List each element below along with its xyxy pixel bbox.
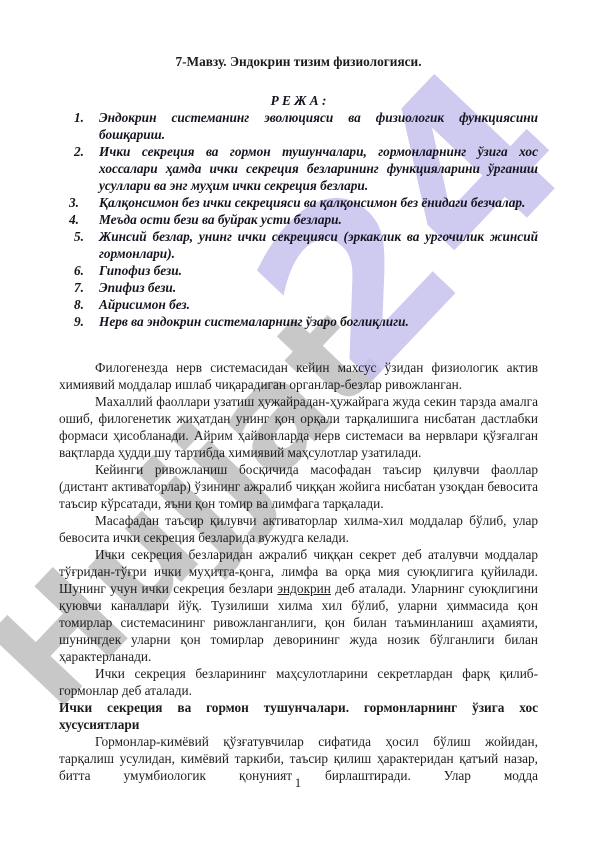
paragraph-2: Махаллий фаоллари узатиш ҳужайрадан-ҳужа… bbox=[59, 393, 538, 461]
plan-item-number: 7. bbox=[59, 279, 99, 296]
plan-item-number: 2. bbox=[59, 143, 99, 194]
plan-item-4: 4. Меъда ости бези ва буйрак усти безлар… bbox=[59, 211, 538, 228]
document-page: Hujjat 24 7-Мавзу. Эндокрин тизим физиол… bbox=[0, 0, 596, 842]
plan-item-number: 8. bbox=[59, 296, 99, 313]
plan-item-text: Меъда ости бези ва буйрак усти безлари. bbox=[99, 211, 538, 228]
plan-item-number: 3. bbox=[59, 194, 99, 211]
paragraph-6: Ички секреция безларининг маҳсулотларини… bbox=[59, 665, 538, 699]
plan-item-number: 5. bbox=[59, 228, 99, 262]
plan-item-text: Ички секреция ва гормон тушунчалари, гор… bbox=[99, 143, 538, 194]
page-content: 7-Мавзу. Эндокрин тизим физиологияси. Р … bbox=[59, 53, 538, 784]
paragraph-5: Ички секреция безларидан ажралиб чиққан … bbox=[59, 546, 538, 665]
plan-item-7: 7. Эпифиз бези. bbox=[59, 279, 538, 296]
paragraph-3: Кейинги ривожланиш босқичида масофадан т… bbox=[59, 461, 538, 512]
plan-item-text: Жинсий безлар, унинг ички секрецияси (эр… bbox=[99, 228, 538, 262]
plan-item-2: 2. Ички секреция ва гормон тушунчалари, … bbox=[59, 143, 538, 194]
body-text: Филогенезда нерв системасидан кейин махс… bbox=[59, 359, 538, 784]
plan-item-text: Нерв ва эндокрин системаларнинг ўзаро бо… bbox=[99, 313, 538, 330]
plan-item-number: 4. bbox=[59, 211, 99, 228]
plan-item-text: Қалқонсимон без ички секрецияси ва қалқо… bbox=[99, 194, 538, 211]
underlined-term-endokrin: эндокрин bbox=[277, 581, 331, 596]
plan-item-number: 9. bbox=[59, 313, 99, 330]
plan-item-3: 3. Қалқонсимон без ички секрецияси ва қа… bbox=[59, 194, 538, 211]
plan-item-1: 1. Эндокрин системанинг эволюцияси ва фи… bbox=[59, 109, 538, 143]
plan-item-8: 8. Айрисимон без. bbox=[59, 296, 538, 313]
section-subheading: Ички секреция ва гормон тушунчалари. гор… bbox=[59, 699, 538, 733]
plan-item-6: 6. Гипофиз бези. bbox=[59, 262, 538, 279]
plan-item-number: 6. bbox=[59, 262, 99, 279]
plan-item-text: Эпифиз бези. bbox=[99, 279, 538, 296]
plan-heading: Р Е Ж А : bbox=[59, 92, 538, 109]
plan-section: Р Е Ж А : 1. Эндокрин системанинг эволюц… bbox=[59, 92, 538, 330]
plan-item-text: Эндокрин системанинг эволюцияси ва физио… bbox=[99, 109, 538, 143]
plan-item-number: 1. bbox=[59, 109, 99, 143]
page-number: 1 bbox=[0, 776, 596, 791]
paragraph-1: Филогенезда нерв системасидан кейин махс… bbox=[59, 359, 538, 393]
plan-item-9: 9. Нерв ва эндокрин системаларнинг ўзаро… bbox=[59, 313, 538, 330]
paragraph-4: Масафадан таъсир қилувчи активаторлар хи… bbox=[59, 512, 538, 546]
plan-item-5: 5. Жинсий безлар, унинг ички секрецияси … bbox=[59, 228, 538, 262]
plan-item-text: Айрисимон без. bbox=[99, 296, 538, 313]
document-title: 7-Мавзу. Эндокрин тизим физиологияси. bbox=[59, 53, 538, 70]
plan-item-text: Гипофиз бези. bbox=[99, 262, 538, 279]
